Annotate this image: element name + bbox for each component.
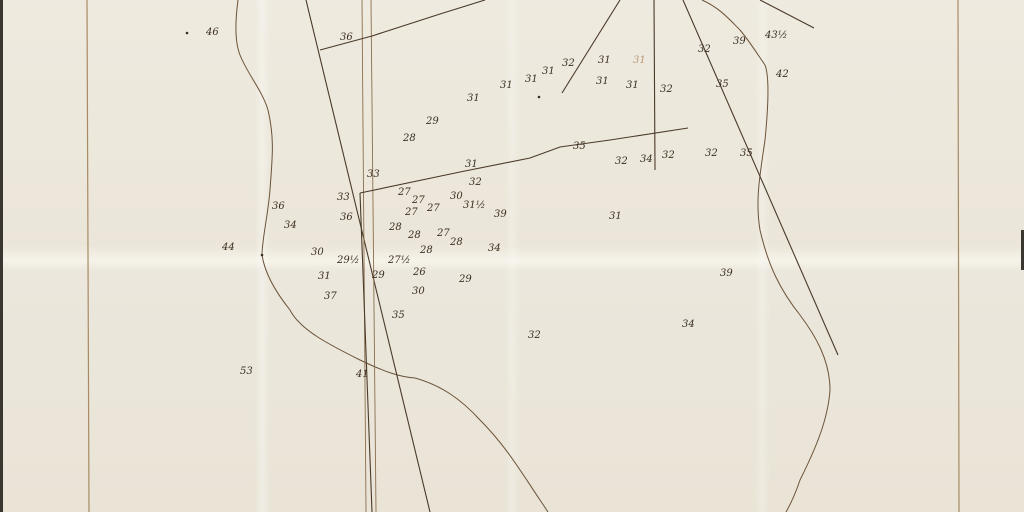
- sounding-label: 33: [337, 192, 350, 203]
- sounding-label: 31: [626, 80, 639, 91]
- sounding-label: 28: [402, 133, 416, 144]
- sounding-label: 31: [467, 93, 480, 104]
- sounding-label: 29½: [336, 255, 359, 266]
- sounding-label: 35: [740, 148, 753, 159]
- sounding-label: 31: [596, 76, 609, 87]
- sounding-label: 34: [488, 243, 501, 254]
- sounding-label: 32: [562, 58, 575, 69]
- map-sheet: 463632313131313131313132323943½423529283…: [0, 0, 1024, 512]
- sounding-label: 32: [528, 330, 541, 341]
- sounding-label: 29: [371, 270, 385, 281]
- soundings-layer: 463632313131313131313132323943½423529283…: [205, 27, 789, 380]
- survey-drawing: 463632313131313131313132323943½423529283…: [0, 0, 1024, 512]
- sounding-label: 36: [340, 212, 353, 223]
- sounding-label: 31: [500, 80, 513, 91]
- sounding-label: 31: [465, 159, 478, 170]
- sounding-label: 27: [436, 228, 450, 239]
- left-margin-line: [87, 0, 89, 512]
- sounding-label: 41: [355, 369, 369, 380]
- coastline-east: [702, 0, 830, 512]
- sounding-label: 35: [573, 141, 586, 152]
- sounding-label: 29: [458, 274, 472, 285]
- sounding-label: 31: [633, 55, 646, 66]
- sounding-label: 32: [469, 177, 482, 188]
- sounding-label: 32: [615, 156, 628, 167]
- sounding-label: 34: [640, 154, 653, 165]
- sounding-label: 42: [775, 69, 789, 80]
- survey-line-radial-2: [654, 0, 655, 170]
- sounding-label: 32: [698, 44, 711, 55]
- sounding-label: 34: [682, 319, 695, 330]
- sounding-label: 32: [660, 84, 673, 95]
- marker-dot: [261, 254, 264, 257]
- sounding-label: 44: [221, 242, 235, 253]
- sounding-label: 28: [419, 245, 433, 256]
- sounding-label: 28: [407, 230, 421, 241]
- survey-line-radial-1: [562, 0, 620, 93]
- sounding-label: 27: [411, 195, 425, 206]
- sounding-label: 36: [340, 32, 353, 43]
- sounding-label: 30: [311, 247, 324, 258]
- sounding-label: 27: [397, 187, 411, 198]
- marker-dot: [186, 32, 189, 35]
- right-margin-line: [958, 0, 959, 512]
- sounding-label: 32: [662, 150, 675, 161]
- sounding-label: 30: [412, 286, 425, 297]
- sounding-label: 27½: [387, 255, 410, 266]
- sounding-label: 46: [205, 27, 219, 38]
- sounding-label: 39: [494, 209, 507, 220]
- sounding-label: 28: [388, 222, 402, 233]
- sounding-label: 34: [284, 220, 297, 231]
- sounding-label: 36: [272, 201, 285, 212]
- sounding-label: 31: [542, 66, 555, 77]
- sounding-label: 39: [733, 36, 746, 47]
- sounding-label: 29: [425, 116, 439, 127]
- sounding-label: 30: [450, 191, 463, 202]
- sounding-label: 26: [412, 267, 426, 278]
- sounding-label: 31: [609, 211, 622, 222]
- sounding-label: 35: [392, 310, 405, 321]
- survey-line-radial-4: [760, 0, 814, 28]
- sounding-label: 32: [705, 148, 718, 159]
- sounding-label: 31: [525, 74, 538, 85]
- sounding-label: 27: [426, 203, 440, 214]
- sounding-label: 31: [598, 55, 611, 66]
- survey-line-vertical-2: [371, 0, 376, 512]
- sounding-label: 53: [240, 366, 253, 377]
- sounding-label: 39: [720, 268, 733, 279]
- sounding-label: 33: [367, 169, 380, 180]
- sounding-label: 31½: [463, 200, 485, 211]
- sounding-label: 28: [449, 237, 463, 248]
- sounding-label: 43½: [764, 30, 787, 41]
- sounding-label: 37: [324, 291, 337, 302]
- sounding-label: 31: [318, 271, 331, 282]
- sounding-label: 27: [404, 207, 418, 218]
- sounding-label: 35: [716, 79, 729, 90]
- marker-dot: [538, 96, 541, 99]
- survey-line-diagonal-west: [306, 0, 430, 512]
